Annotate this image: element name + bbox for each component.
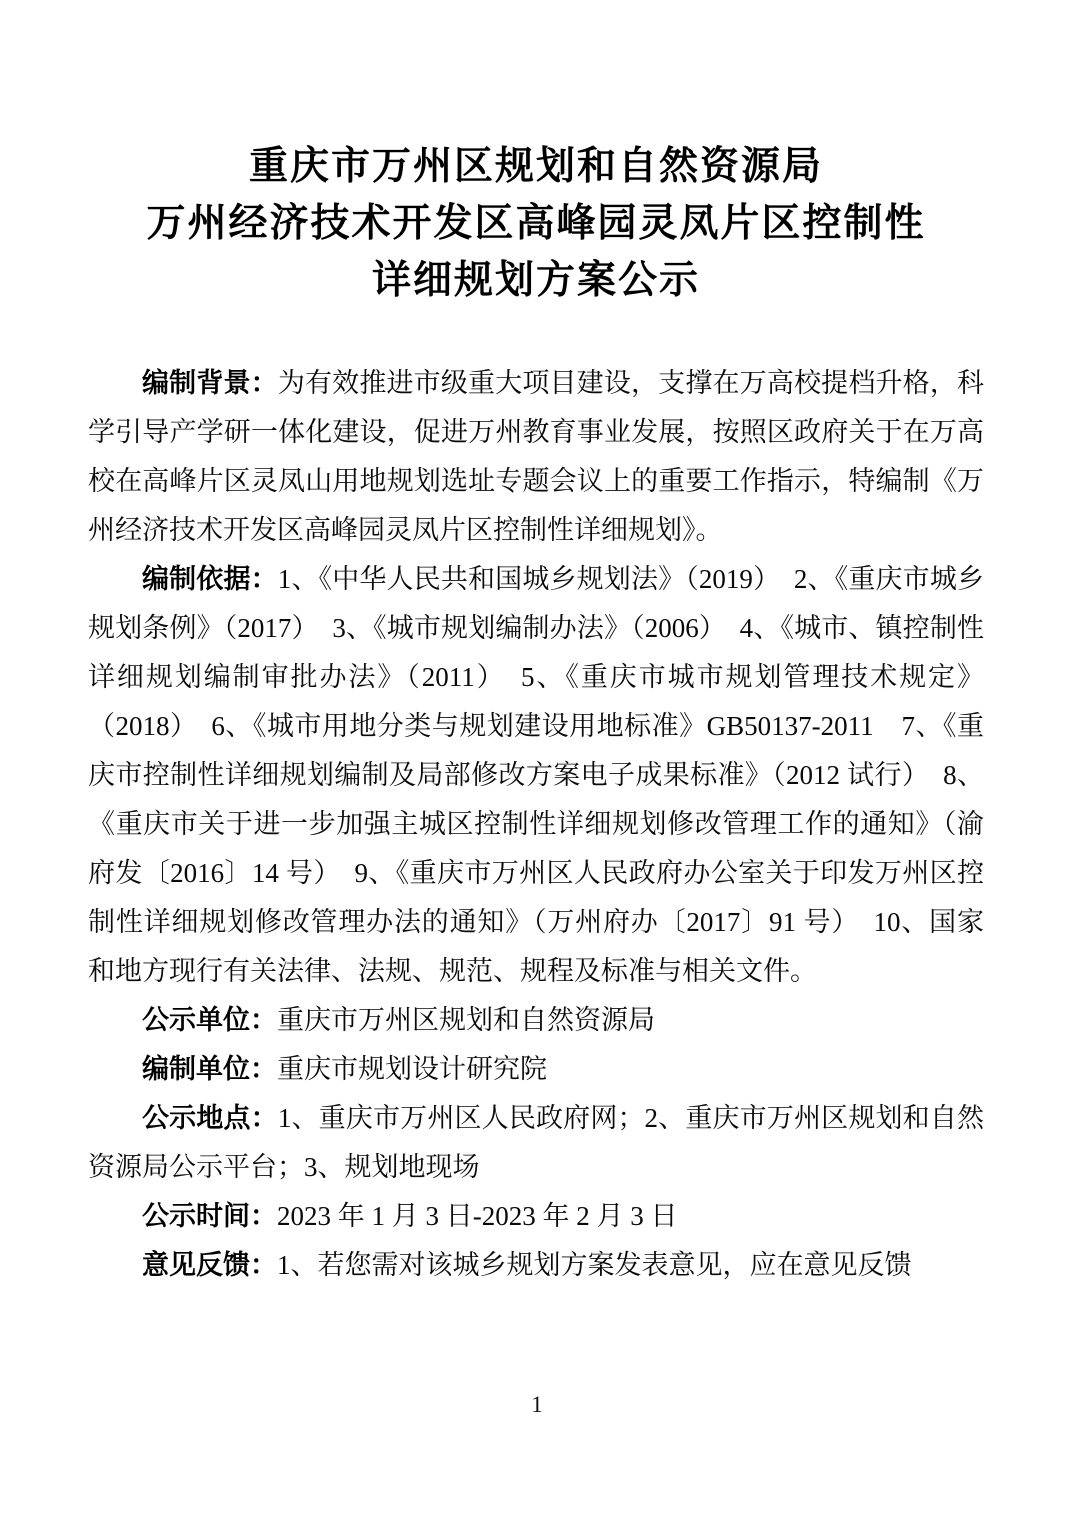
paragraph-feedback: 意见反馈：1、若您需对该城乡规划方案发表意见，应在意见反馈 <box>88 1241 984 1290</box>
paragraph-compilation-basis: 编制依据：1、《中华人民共和国城乡规划法》（2019） 2、《重庆市城乡规划条例… <box>88 555 984 996</box>
title-line-1: 重庆市万州区规划和自然资源局 <box>88 138 984 195</box>
document-body: 编制背景：为有效推进市级重大项目建设，支撑在万高校提档升格，科学引导产学研一体化… <box>88 359 984 1290</box>
page-number: 1 <box>0 1390 1074 1420</box>
paragraph-label-publicity-unit: 公示单位： <box>142 1005 277 1035</box>
paragraph-text-publicity-unit: 重庆市万州区规划和自然资源局 <box>277 1005 655 1035</box>
paragraph-label-compilation-unit: 编制单位： <box>142 1054 277 1084</box>
paragraph-label-publicity-location: 公示地点： <box>142 1103 278 1133</box>
paragraph-publicity-location: 公示地点：1、重庆市万州区人民政府网；2、重庆市万州区规划和自然资源局公示平台；… <box>88 1094 984 1192</box>
paragraph-text-publicity-time: 2023 年 1 月 3 日-2023 年 2 月 3 日 <box>277 1201 678 1231</box>
paragraph-label-feedback: 意见反馈： <box>142 1250 277 1280</box>
title-line-3: 详细规划方案公示 <box>88 252 984 309</box>
paragraph-text-compilation-basis: 1、《中华人民共和国城乡规划法》（2019） 2、《重庆市城乡规划条例》（201… <box>88 564 984 986</box>
paragraph-text-compilation-unit: 重庆市规划设计研究院 <box>277 1054 547 1084</box>
paragraph-publicity-unit: 公示单位：重庆市万州区规划和自然资源局 <box>88 996 984 1045</box>
document-title: 重庆市万州区规划和自然资源局 万州经济技术开发区高峰园灵凤片区控制性 详细规划方… <box>88 0 984 309</box>
paragraph-label-compilation-basis: 编制依据： <box>142 564 278 594</box>
paragraph-publicity-time: 公示时间：2023 年 1 月 3 日-2023 年 2 月 3 日 <box>88 1192 984 1241</box>
paragraph-text-feedback: 1、若您需对该城乡规划方案发表意见，应在意见反馈 <box>277 1250 912 1280</box>
document-page: 重庆市万州区规划和自然资源局 万州经济技术开发区高峰园灵凤片区控制性 详细规划方… <box>0 0 1074 1520</box>
paragraph-label-publicity-time: 公示时间： <box>142 1201 277 1231</box>
paragraph-compilation-background: 编制背景：为有效推进市级重大项目建设，支撑在万高校提档升格，科学引导产学研一体化… <box>88 359 984 555</box>
title-line-2: 万州经济技术开发区高峰园灵凤片区控制性 <box>88 195 984 252</box>
paragraph-label-compilation-background: 编制背景： <box>142 368 278 398</box>
paragraph-compilation-unit: 编制单位：重庆市规划设计研究院 <box>88 1045 984 1094</box>
